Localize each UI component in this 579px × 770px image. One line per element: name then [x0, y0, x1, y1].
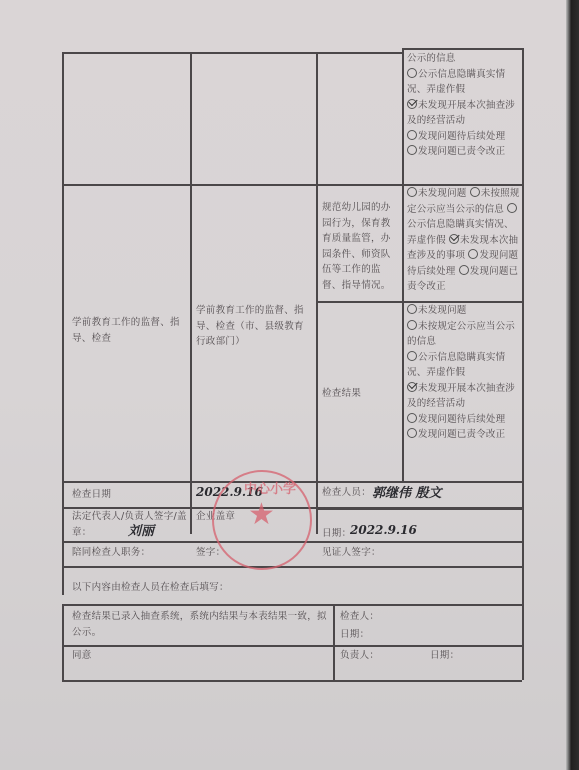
option-pending[interactable]: 发现问题待后续处理 [407, 412, 519, 428]
radio-unchecked-icon[interactable] [407, 413, 417, 423]
inspectors-label: 检查人员： [322, 485, 371, 501]
radio-unchecked-icon[interactable] [459, 265, 469, 275]
inspector-label: 检查人： [340, 609, 379, 625]
top-result-options: 公示的信息 公示信息隐瞒真实情况、弄虚作假 未发现开展本次抽查涉及的经营活动 发… [407, 51, 519, 160]
radio-unchecked-icon[interactable] [407, 428, 417, 438]
background-edge [566, 0, 579, 770]
section2-options: 未发现问题 未按照规定公示应当公示的信息 公示信息隐瞒真实情况、弄虚作假 未发现… [407, 186, 520, 295]
option-false-info[interactable]: 公示信息隐瞒真实情况、弄虚作假 [407, 350, 519, 381]
radio-unchecked-icon[interactable] [407, 68, 417, 78]
legal-rep-signature[interactable]: 刘丽 [128, 520, 154, 539]
radio-unchecked-icon[interactable] [407, 320, 417, 330]
radio-unchecked-icon[interactable] [470, 187, 480, 197]
date-label: 日期： [322, 526, 351, 542]
radio-checked-icon[interactable] [449, 234, 459, 244]
footer-date-label: 日期： [340, 627, 369, 643]
witness-label: 见证人签字： [322, 545, 381, 561]
radio-unchecked-icon[interactable] [468, 249, 478, 259]
option-pending[interactable]: 发现问题待后续处理 [407, 129, 519, 145]
footer-note: 以下内容由检查人员在检查后填写： [72, 580, 229, 596]
option-no-activity[interactable]: 未发现开展本次抽查涉及的经营活动 [407, 98, 519, 129]
radio-checked-icon[interactable] [407, 99, 417, 109]
date-handwritten[interactable]: 2022.9.16 [350, 523, 417, 537]
option-false-info[interactable]: 公示信息隐瞒真实情况、弄虚作假 [407, 67, 519, 98]
option-no-problem[interactable]: 未发现问题 [407, 188, 467, 199]
radio-unchecked-icon[interactable] [507, 203, 517, 213]
result-label: 检查结果 [322, 386, 361, 402]
option-no-activity[interactable]: 未发现开展本次抽查涉及的经营活动 [407, 381, 519, 412]
official-seal: 中心小学 ★ [212, 470, 312, 570]
option-corrected[interactable]: 发现问题已责令改正 [407, 144, 519, 160]
radio-unchecked-icon[interactable] [407, 351, 417, 361]
radio-unchecked-icon[interactable] [407, 304, 417, 314]
entry-text: 检查结果已录入抽查系统，系统内结果与本表结果一致，拟公示。 [72, 609, 328, 640]
inspection-date-label: 检查日期 [72, 487, 111, 503]
inspectors-signature[interactable]: 郭继伟 殷文 [372, 482, 442, 501]
responsible-date-label: 日期： [430, 648, 459, 664]
radio-unchecked-icon[interactable] [407, 187, 417, 197]
radio-checked-icon[interactable] [407, 382, 417, 392]
responsible-label: 负责人： [340, 648, 379, 664]
star-icon: ★ [248, 500, 275, 530]
option-not-disclosed[interactable]: 未按规定公示应当公示的信息 [407, 319, 519, 350]
option-public-info-tail: 公示的信息 [407, 51, 519, 67]
authority-text: 学前教育工作的监督、指导、检查（市、县级教育行政部门） [196, 303, 312, 350]
section3-options: 未发现问题 未按规定公示应当公示的信息 公示信息隐瞒真实情况、弄虚作假 未发现开… [407, 303, 519, 443]
radio-unchecked-icon[interactable] [407, 130, 417, 140]
option-no-problem[interactable]: 未发现问题 [407, 303, 519, 319]
inspection-item-text: 规范幼儿园的办园行为，保育教育质量监管，办园条件、师资队伍等工作的监督、指导情况… [322, 200, 400, 293]
category-text: 学前教育工作的监督、指导、检查 [72, 315, 184, 346]
accompany-label: 陪同检查人职务： [72, 545, 150, 561]
approve-text: 同意 [72, 648, 92, 664]
seal-text: 中心小学 [244, 478, 296, 497]
option-corrected[interactable]: 发现问题已责令改正 [407, 427, 519, 443]
radio-unchecked-icon[interactable] [407, 145, 417, 155]
